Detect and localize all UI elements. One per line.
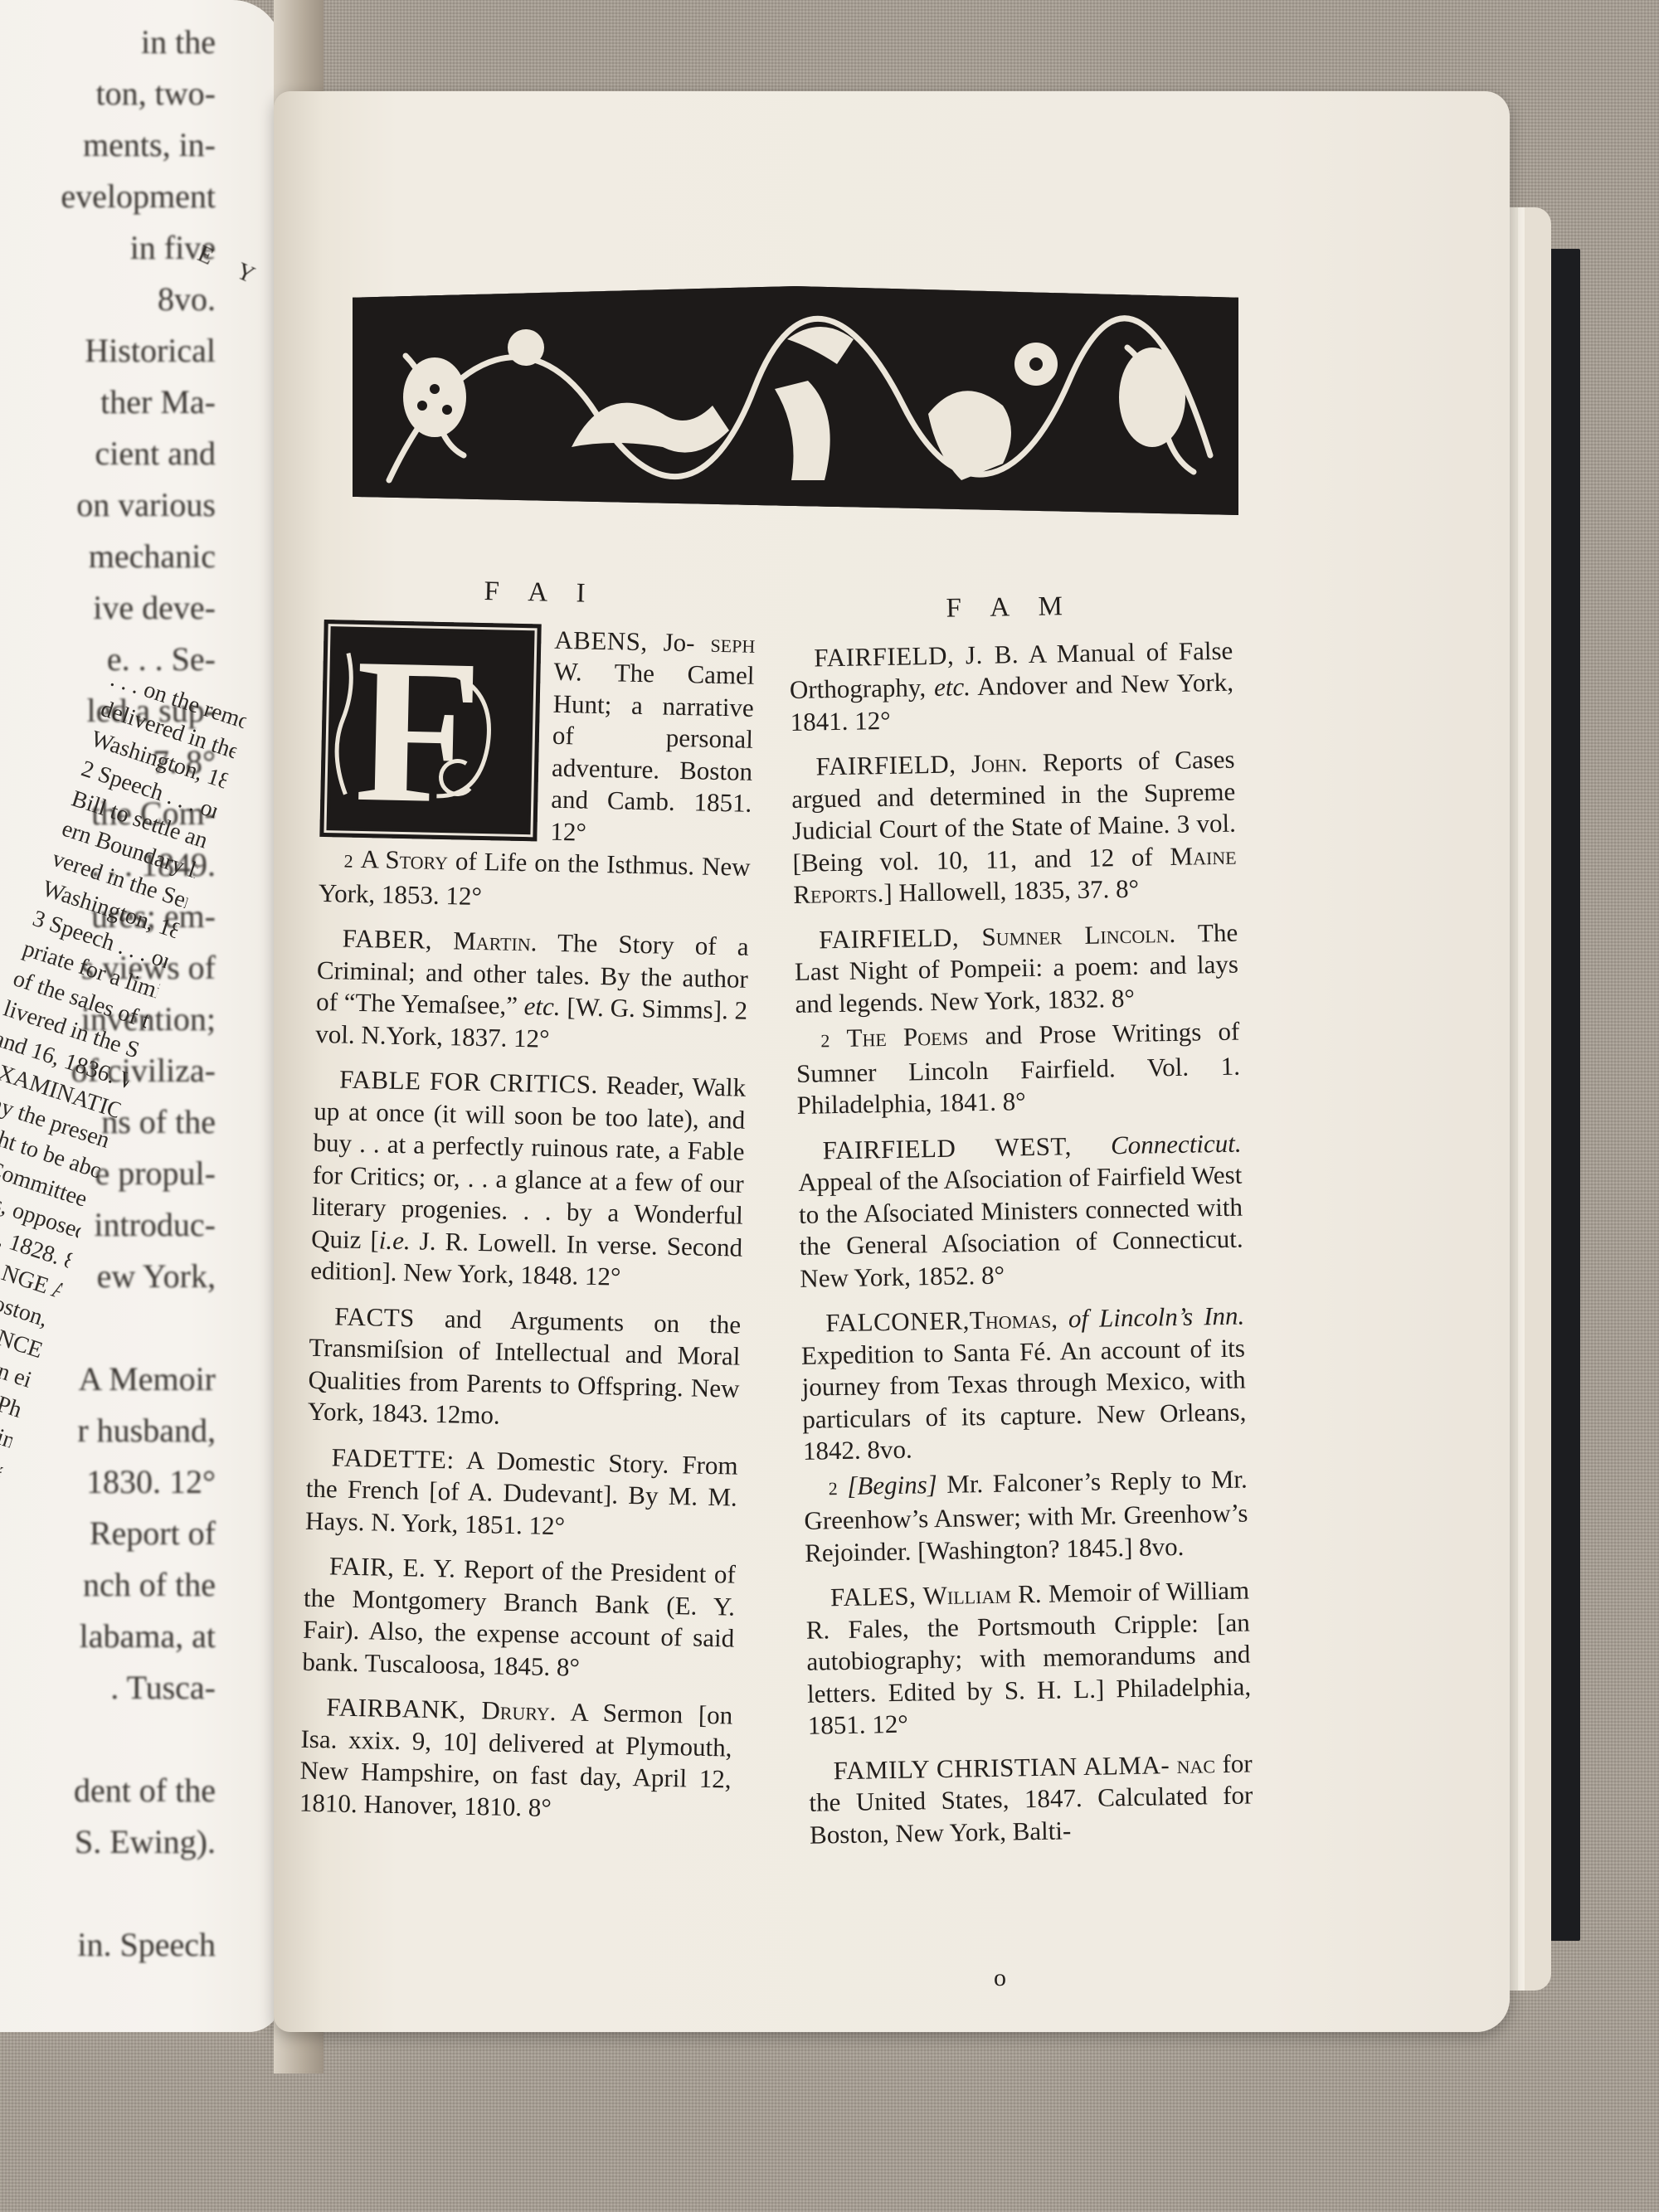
- left-outer-line: ments, in-: [0, 119, 216, 171]
- entry-fairfield-john: FAIRFIELD, John. Reports of Cases argued…: [791, 744, 1237, 912]
- left-outer-line: 1830. 12°: [0, 1456, 216, 1508]
- left-outer-line: dent of the: [0, 1765, 216, 1816]
- column-fam: F A M FAIRFIELD, J. B. A Manual of False…: [788, 588, 1254, 1864]
- entry-fable-for-critics: FABLE FOR CRITICS. Reader, Walk up at on…: [310, 1063, 747, 1296]
- column-fai: F A I F ABENS, Jo- seph W. The Camel Hun…: [299, 572, 757, 1841]
- entry-fairbank: FAIRBANK, Drury. A Sermon [on Isa. xxix.…: [299, 1691, 733, 1828]
- entry-falconer-reply: 2 [Begins] Mr. Falconer’s Reply to Mr. G…: [803, 1463, 1248, 1569]
- left-outer-line: e. . . Se-: [0, 634, 216, 685]
- left-outer-line: [0, 1714, 216, 1765]
- left-outer-line: ive deve-: [0, 582, 216, 634]
- left-outer-line: ton, two-: [0, 68, 216, 119]
- entry-facts: FACTS and Arguments on the Transmiſsion …: [307, 1300, 741, 1437]
- entry-falconer: FALCONER,Thomas, of Lincoln’s Inn. Exped…: [800, 1300, 1247, 1468]
- ornamental-headpiece-banner: [353, 286, 1238, 515]
- entry-family-christian-almanac: FAMILY CHRISTIAN ALMA- nac for the Unite…: [808, 1748, 1253, 1851]
- entry-story-of-life: 2 A Story of Life on the Isthmus. New Yo…: [318, 843, 751, 918]
- column-heading: F A M: [788, 588, 1233, 628]
- dropcap-letter: F: [353, 626, 484, 836]
- entry-poems-prose: 2 The Poems and Prose Writings of Sumner…: [795, 1016, 1241, 1122]
- left-outer-line: on various: [0, 479, 216, 531]
- entry-fales: FALES, William R. Memoir of William R. F…: [805, 1574, 1252, 1742]
- left-outer-line: ther Ma-: [0, 377, 216, 428]
- woodcut-ornament-icon: [356, 289, 1235, 512]
- entry-faber: FABER, Martin. The Story of a Criminal; …: [315, 922, 749, 1059]
- left-outer-line: nch of the: [0, 1559, 216, 1611]
- left-outer-line: 8vo.: [0, 274, 216, 325]
- left-page: in theton, two-ments, in-evelopmentin fi…: [0, 0, 282, 2032]
- entry-text: ABENS, Jo- seph W. The Camel Hunt; a nar…: [550, 624, 756, 852]
- left-outer-line: S. Ewing).: [0, 1816, 216, 1868]
- left-outer-line: cient and: [0, 428, 216, 479]
- entry-fabens: F ABENS, Jo- seph W. The Camel Hunt; a n…: [319, 619, 756, 851]
- entry-fair: FAIR, E. Y. Report of the President of t…: [302, 1550, 736, 1687]
- left-outer-line: in the: [0, 17, 216, 68]
- page-signature: o: [994, 1964, 1006, 1992]
- left-outer-line: mechanic: [0, 531, 216, 582]
- left-outer-line: . Tusca-: [0, 1662, 216, 1714]
- left-outer-line: Report of: [0, 1508, 216, 1559]
- left-outer-line: Historical: [0, 325, 216, 377]
- entry-fairfield-west: FAIRFIELD WEST, Connecticut. Appeal of t…: [797, 1127, 1243, 1295]
- left-outer-line: labama, at: [0, 1611, 216, 1662]
- entry-fadette: FADETTE: A Domestic Story. From the Fren…: [305, 1441, 738, 1545]
- entry-fairfield-sumner: FAIRFIELD, Sumner Lincoln. The Last Nigh…: [794, 916, 1239, 1020]
- left-outer-line: [0, 1868, 216, 1919]
- entry-fairfield-jb: FAIRFIELD, J. B. A Manual of False Ortho…: [789, 634, 1234, 738]
- decorated-initial: F: [319, 619, 541, 840]
- left-outer-line: in. Speech: [0, 1919, 216, 1971]
